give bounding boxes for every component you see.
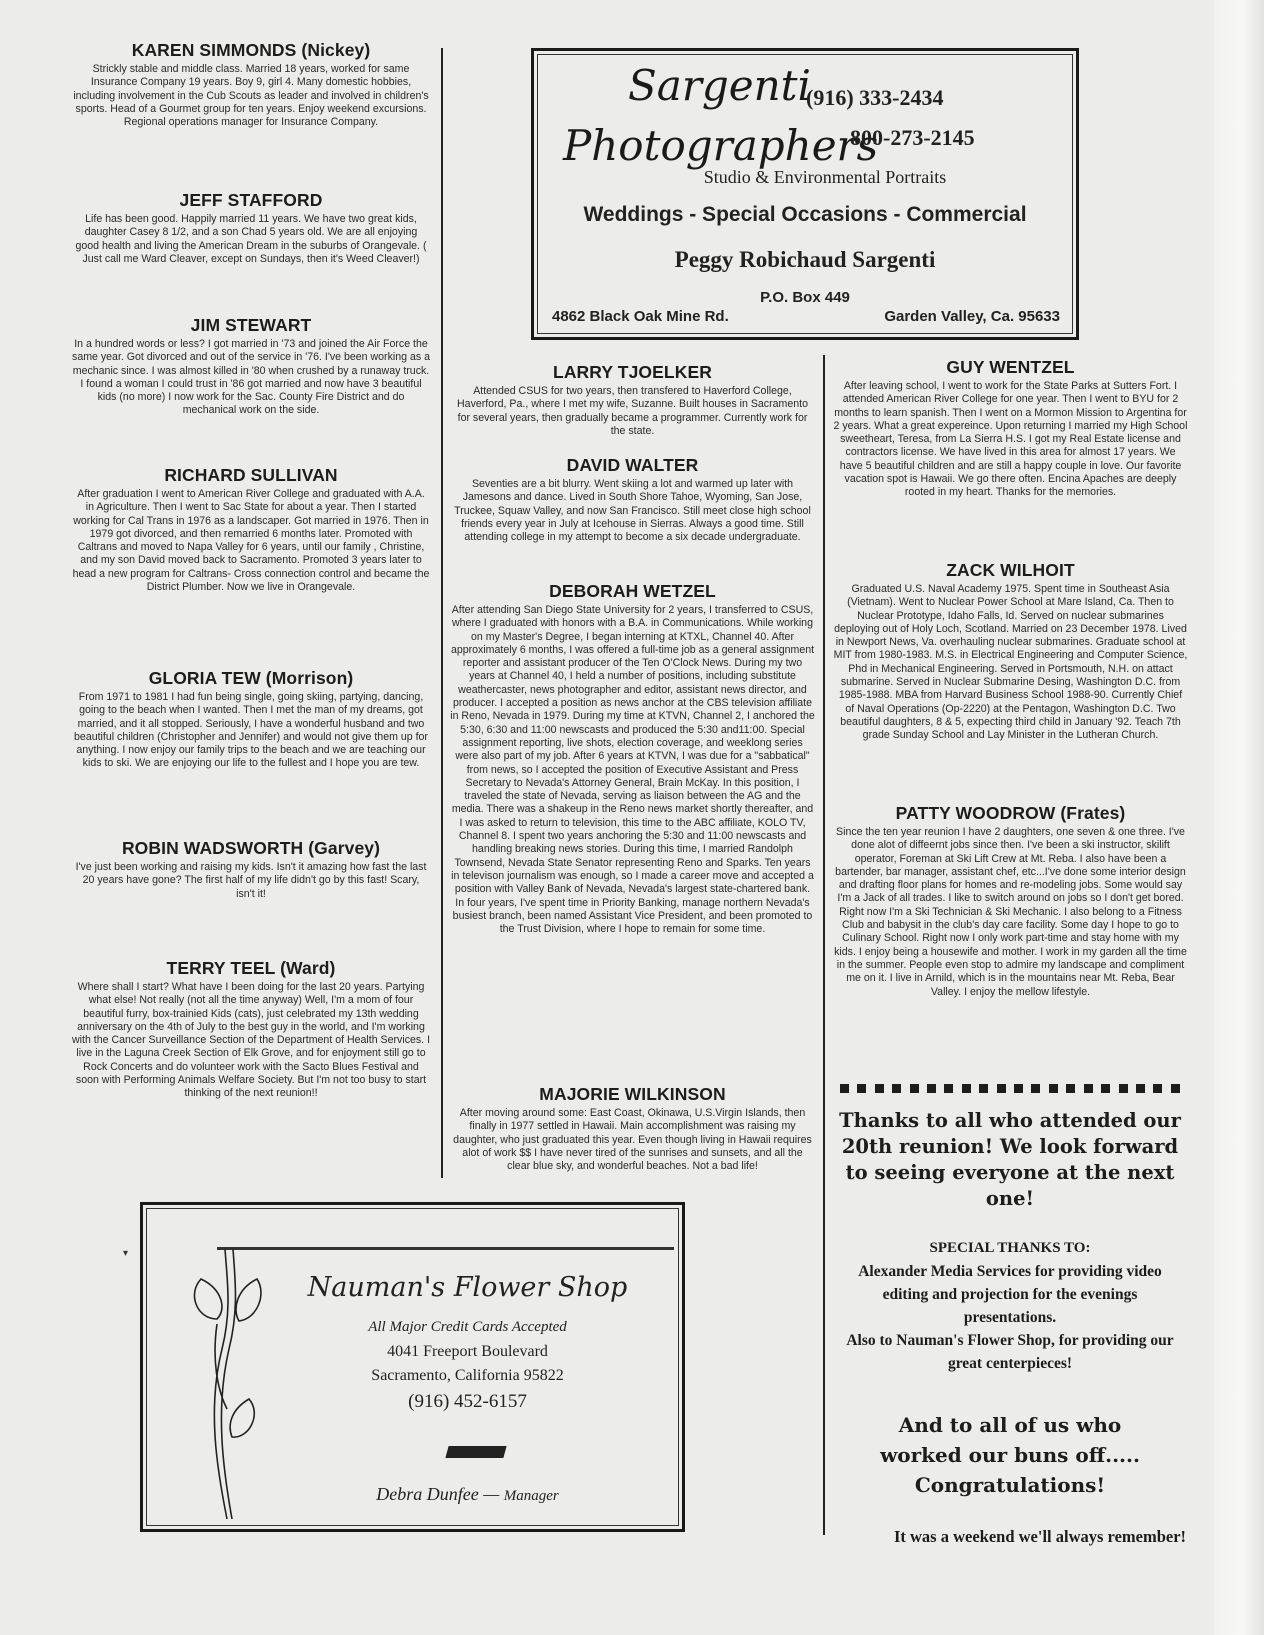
workers-thanks-line: And to all of us who worked our buns off… [830,1410,1190,1470]
sargenti-photographers-ad: Sargenti Photographers (916) 333-2434 80… [531,48,1079,340]
profile-name: JEFF STAFFORD [72,190,430,211]
naumans-flower-shop-ad: Nauman's Flower Shop All Major Credit Ca… [140,1202,685,1532]
profile-text: After leaving school, I went to work for… [833,380,1188,500]
profile-text: In a hundred words or less? I got marrie… [72,338,430,418]
ad-decorative-bar [217,1247,674,1250]
special-thanks-heading: SPECIAL THANKS TO: [830,1240,1190,1257]
congratulations: Congratulations! [830,1470,1190,1500]
profile-entry: TERRY TEEL (Ward) Where shall I start? W… [72,958,430,1101]
profile-name: DAVID WALTER [450,455,815,476]
flower-shop-city: Sacramento, California 95822 [277,1367,658,1385]
profile-name: KAREN SIMMONDS (Nickey) [72,40,430,61]
ad-business-name-line2: Photographers [563,121,878,170]
profile-text: After attending San Diego State Universi… [450,604,815,936]
ad-phone-tollfree: 800-273-2145 [850,125,975,151]
profile-name: TERRY TEEL (Ward) [72,958,430,979]
profile-entry: JIM STEWART In a hundred words or less? … [72,315,430,465]
profile-entry: ROBIN WADSWORTH (Garvey) I've just been … [72,838,430,958]
profile-entry: MAJORIE WILKINSON After moving around so… [450,1084,815,1173]
flower-shop-manager: Debra Dunfee — Manager [277,1484,658,1505]
credit-cards-note: All Major Credit Cards Accepted [277,1319,658,1336]
dotted-separator [840,1084,1180,1093]
ad-business-name-line1: Sargenti [628,61,811,110]
ad-tagline: Studio & Environmental Portraits [538,167,1072,188]
flower-shop-phone: (916) 452-6157 [277,1391,658,1413]
profile-name: PATTY WOODROW (Frates) [833,803,1188,824]
calla-lily-icon [187,1249,267,1519]
profile-text: Strickly stable and middle class. Marrie… [72,63,430,129]
manager-title: Manager [504,1488,559,1504]
ad-po-box: P.O. Box 449 [538,289,1072,306]
reunion-thanks-message: Thanks to all who attended our 20th reun… [830,1108,1190,1212]
profile-text: Life has been good. Happily married 11 y… [72,213,430,266]
profile-text: After moving around some: East Coast, Ok… [450,1107,815,1173]
weekend-remember: It was a weekend we'll always remember! [830,1525,1250,1549]
special-thanks-line-1: Alexander Media Services for providing v… [830,1260,1190,1329]
profile-text: Attended CSUS for two years, then transf… [450,385,815,438]
left-column: KAREN SIMMONDS (Nickey) Strickly stable … [72,40,430,1101]
column-divider-left [441,48,443,1178]
profile-entry: DEBORAH WETZEL After attending San Diego… [450,581,815,1084]
workers-thanks: And to all of us who worked our buns off… [830,1410,1190,1500]
profile-entry: PATTY WOODROW (Frates) Since the ten yea… [833,803,1188,999]
profile-name: DEBORAH WETZEL [450,581,815,602]
profile-entry: GLORIA TEW (Morrison) From 1971 to 1981 … [72,668,430,838]
right-column: GUY WENTZEL After leaving school, I went… [833,357,1188,999]
profile-name: LARRY TJOELKER [450,362,815,383]
profile-entry: RICHARD SULLIVAN After graduation I went… [72,465,430,668]
profile-entry: LARRY TJOELKER Attended CSUS for two yea… [450,362,815,455]
profile-name: RICHARD SULLIVAN [72,465,430,486]
profile-entry: DAVID WALTER Seventies are a bit blurry.… [450,455,815,581]
ad-owner-name: Peggy Robichaud Sargenti [538,247,1072,273]
ad-phone-local: (916) 333-2434 [806,85,943,111]
profile-name: MAJORIE WILKINSON [450,1084,815,1105]
profile-name: JIM STEWART [72,315,430,336]
profile-name: ZACK WILHOIT [833,560,1188,581]
profile-text: Where shall I start? What have I been do… [72,981,430,1101]
page-edge [1214,0,1264,1635]
profile-entry: KAREN SIMMONDS (Nickey) Strickly stable … [72,40,430,190]
profile-entry: ZACK WILHOIT Graduated U.S. Naval Academ… [833,560,1188,803]
manager-name: Debra Dunfee — [376,1484,499,1504]
florafax-logo-icon [445,1446,506,1458]
ad-street-address: 4862 Black Oak Mine Rd. [552,308,729,325]
profile-name: GUY WENTZEL [833,357,1188,378]
column-divider-right [823,355,825,1535]
stray-mark: ▾ [123,1248,128,1259]
profile-name: ROBIN WADSWORTH (Garvey) [72,838,430,859]
profile-text: Since the ten year reunion I have 2 daug… [833,826,1188,999]
special-thanks-body: Alexander Media Services for providing v… [830,1260,1190,1375]
profile-text: After graduation I went to American Rive… [72,488,430,594]
profile-text: Graduated U.S. Naval Academy 1975. Spent… [833,583,1188,743]
profile-text: Seventies are a bit blurry. Went skiing … [450,478,815,544]
profile-name: GLORIA TEW (Morrison) [72,668,430,689]
flower-shop-name: Nauman's Flower Shop [277,1272,658,1303]
middle-column: LARRY TJOELKER Attended CSUS for two yea… [450,362,815,1173]
special-thanks-line-2: Also to Nauman's Flower Shop, for provid… [830,1329,1190,1375]
flower-shop-street: 4041 Freeport Boulevard [277,1343,658,1361]
profile-entry: JEFF STAFFORD Life has been good. Happil… [72,190,430,315]
profile-text: From 1971 to 1981 I had fun being single… [72,691,430,771]
profile-text: I've just been working and raising my ki… [72,861,430,901]
profile-entry: GUY WENTZEL After leaving school, I went… [833,357,1188,560]
ad-services: Weddings - Special Occasions - Commercia… [538,203,1072,227]
ad-city: Garden Valley, Ca. 95633 [884,308,1060,325]
